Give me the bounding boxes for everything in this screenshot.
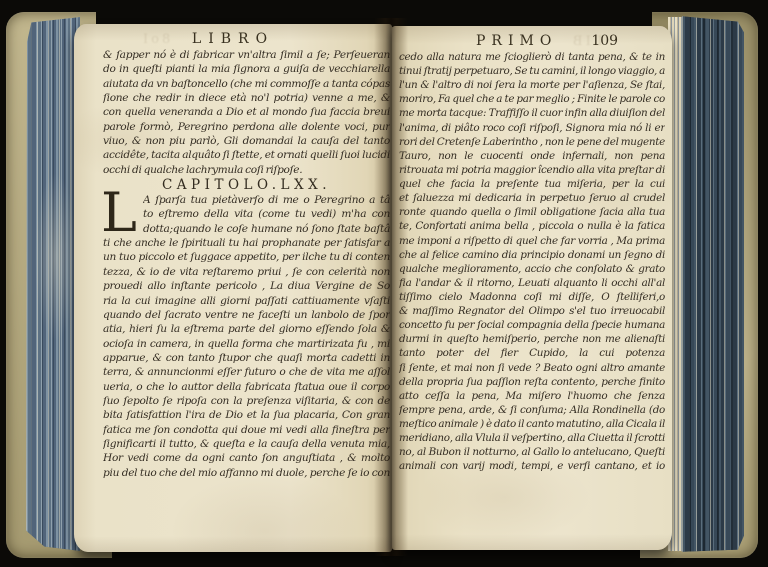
text-line: no, al Bubon il notturno, al Gallo lo an… [399,445,665,459]
text-line: & maſſimo Regnator del Olimpo s'el tuo i… [399,304,665,318]
right-page-paragraph: cedo alla natura me ſcioglierò di tanta … [399,50,665,474]
text-line: qualche meglioramento, accio che conſola… [399,262,665,276]
text-line: te, Confortati anima bella , piccola o n… [399,219,665,233]
page-number: 109 [591,33,618,49]
text-line: do in queſti pianti la mia ſignora a gui… [103,62,390,76]
text-line: l'un & l'altro di noi ſera la morte per … [399,78,665,92]
text-line: meſtico animale ) è dato il canto matuti… [399,417,665,431]
text-line: apparue, & con tanto ſtupor che quaſi mo… [103,351,390,365]
paragraph-after-heading: ti che anche le ſpirituali tu hai propha… [103,236,390,480]
text-line: me imponi a riſpetto di quel che far vor… [399,234,665,248]
text-line: ronte quando quella o ſimil obligatione … [399,205,665,219]
open-book-photo: 8oI LIBRO & ſapper nó è di fabricar vn'a… [0,0,768,567]
text-line: tezza, & io de vita reſtaremo priui , ſe… [103,265,390,279]
right-page: LIB PRIMO 109 cedo alla natura me ſciogl… [392,26,672,550]
text-line: Tauro, non le cuocenti onde infernali, n… [399,149,665,163]
text-line: ſione che redir in diece età no'l potria… [103,91,390,105]
text-line: ſempre pena, arde, & ſi conſuma; Alla Ro… [399,403,665,417]
text-line: et ſaluezza mi dedicaria in perpetuo ſer… [399,191,665,205]
text-line: & ſapper nó è di fabricar vn'altra ſimil… [103,48,390,62]
left-text-column: & ſapper nó è di fabricar vn'altra ſimil… [103,48,390,480]
fore-edge-left [26,15,80,553]
text-line: moriro, Fa quel che a te par meglio ; Fi… [399,92,665,106]
text-line: to eſtremo della vita (come tu vedi) m'h… [143,207,390,221]
drop-cap-lines: A ſparſa tua pietàverſo di me o Peregrin… [143,193,390,236]
text-line: quel che facia la preſente tua miſeria, … [399,177,665,191]
text-line: meridiano, alla Vlula il veſpertino, all… [399,431,665,445]
text-line: un tuo piccolo et ſuggace appetito, per … [103,250,390,264]
text-line: Hor vedi come da ogni canto ſon anguſtia… [103,451,390,465]
text-line: rori del Cretenſe Laberintho , non le pe… [399,135,665,149]
text-line: ocioſa in camera, in quella forma che ma… [103,337,390,351]
text-line: dotta;quando le coſe humane nó ſono ſtat… [143,222,390,236]
text-line: fia l'andar & il ritorno, Leuati alquant… [399,276,665,290]
text-line: cedo alla natura me ſcioglierò di tanta … [399,50,665,64]
right-text-column: cedo alla natura me ſcioglierò di tanta … [399,50,665,474]
text-line: quando del ſacrato ventre ne faceſti un … [103,308,390,322]
text-line: ti che anche le ſpirituali tu hai propha… [103,236,390,250]
text-line: che al felice camino dia principio donam… [399,248,665,262]
drop-cap-letter: L [103,193,143,236]
text-line: tanto poter del fier Cupido, la cui pote… [399,346,665,360]
text-line: concetto fu per ſocial compagnia della ſ… [399,318,665,332]
text-line: ſignificarti il tutto, & queſta e la cau… [103,437,390,451]
text-line: animali con varij modi, tempi, e verſi c… [399,459,665,473]
text-line: aiutata da vn baſtoncello (che mi commoſ… [103,77,390,91]
text-line: l'anima, di piâto roco coſi riſpoſi, Sig… [399,121,665,135]
background-top [96,0,652,27]
text-line: prouedi allo inſtante pericolo , La diua… [103,279,390,293]
text-line: ſuo ſepolto ſe ripoſa con la preſenza vi… [103,394,390,408]
text-line: durmi in queſto hemiſperio, perche non m… [399,332,665,346]
fore-edge-right [682,13,744,555]
drop-cap-row: L A ſparſa tua pietàverſo di me o Peregr… [103,193,390,236]
text-line: con quella veneranda a Dio et al mondo ſ… [103,105,390,119]
text-line: tiſſimo cielo Madonna coſi mi diſſe, O ſ… [399,290,665,304]
text-line: ritrouata mi potria maggior îcendio alla… [399,163,665,177]
text-line: piu del tuo che del mio affanno mi duole… [103,466,390,480]
running-head-title: PRIMO [476,33,557,49]
running-head-right: PRIMO 109 [392,33,672,49]
text-line: della propria ſua paſſion reſta contento… [399,375,665,389]
text-line: atto ceſſa la pena, Ma miſero l'huomo ch… [399,389,665,403]
left-page: 8oI LIBRO & ſapper nó è di fabricar vn'a… [74,24,392,552]
text-line: bita ſatisfattion l'ira de Dio et la ſua… [103,408,390,422]
text-line: ſi ſente, et mai non ſi vede ? Beato ogn… [399,361,665,375]
text-line: fatica me ſon condotta qui doue mi vedi … [103,423,390,437]
text-line: atia, hieri ſu la eſtrema parte del gior… [103,322,390,336]
text-line: A ſparſa tua pietàverſo di me o Peregrin… [143,193,390,207]
text-line: terra, & annuncionmi eſſer futuro o che … [103,365,390,379]
chapter-heading: CAPITOLO.LXX. [103,177,390,193]
text-line: tinui ſtratij perpetuaro, Se tu camini, … [399,64,665,78]
text-line: ria la cui imagine alli giorni paſſati c… [103,294,390,308]
text-line: viuo, & non piu parlò, Gli domandai la c… [103,134,390,148]
running-head-left: LIBRO [74,31,392,47]
text-line: accidête, tacita alquâto ſi ſtette, et o… [103,148,390,162]
text-line: me morta tacque: Traffiſſo il cuor infin… [399,106,665,120]
text-line: parole formò, Peregrino perdona alle dol… [103,120,390,134]
text-line: ueria, o che lo auttor della fabricata ſ… [103,380,390,394]
text-line: occhi di qualche lachrymula coſi riſpoſe… [103,163,390,177]
paragraph-before-heading: & ſapper nó è di fabricar vn'altra ſimil… [103,48,390,177]
